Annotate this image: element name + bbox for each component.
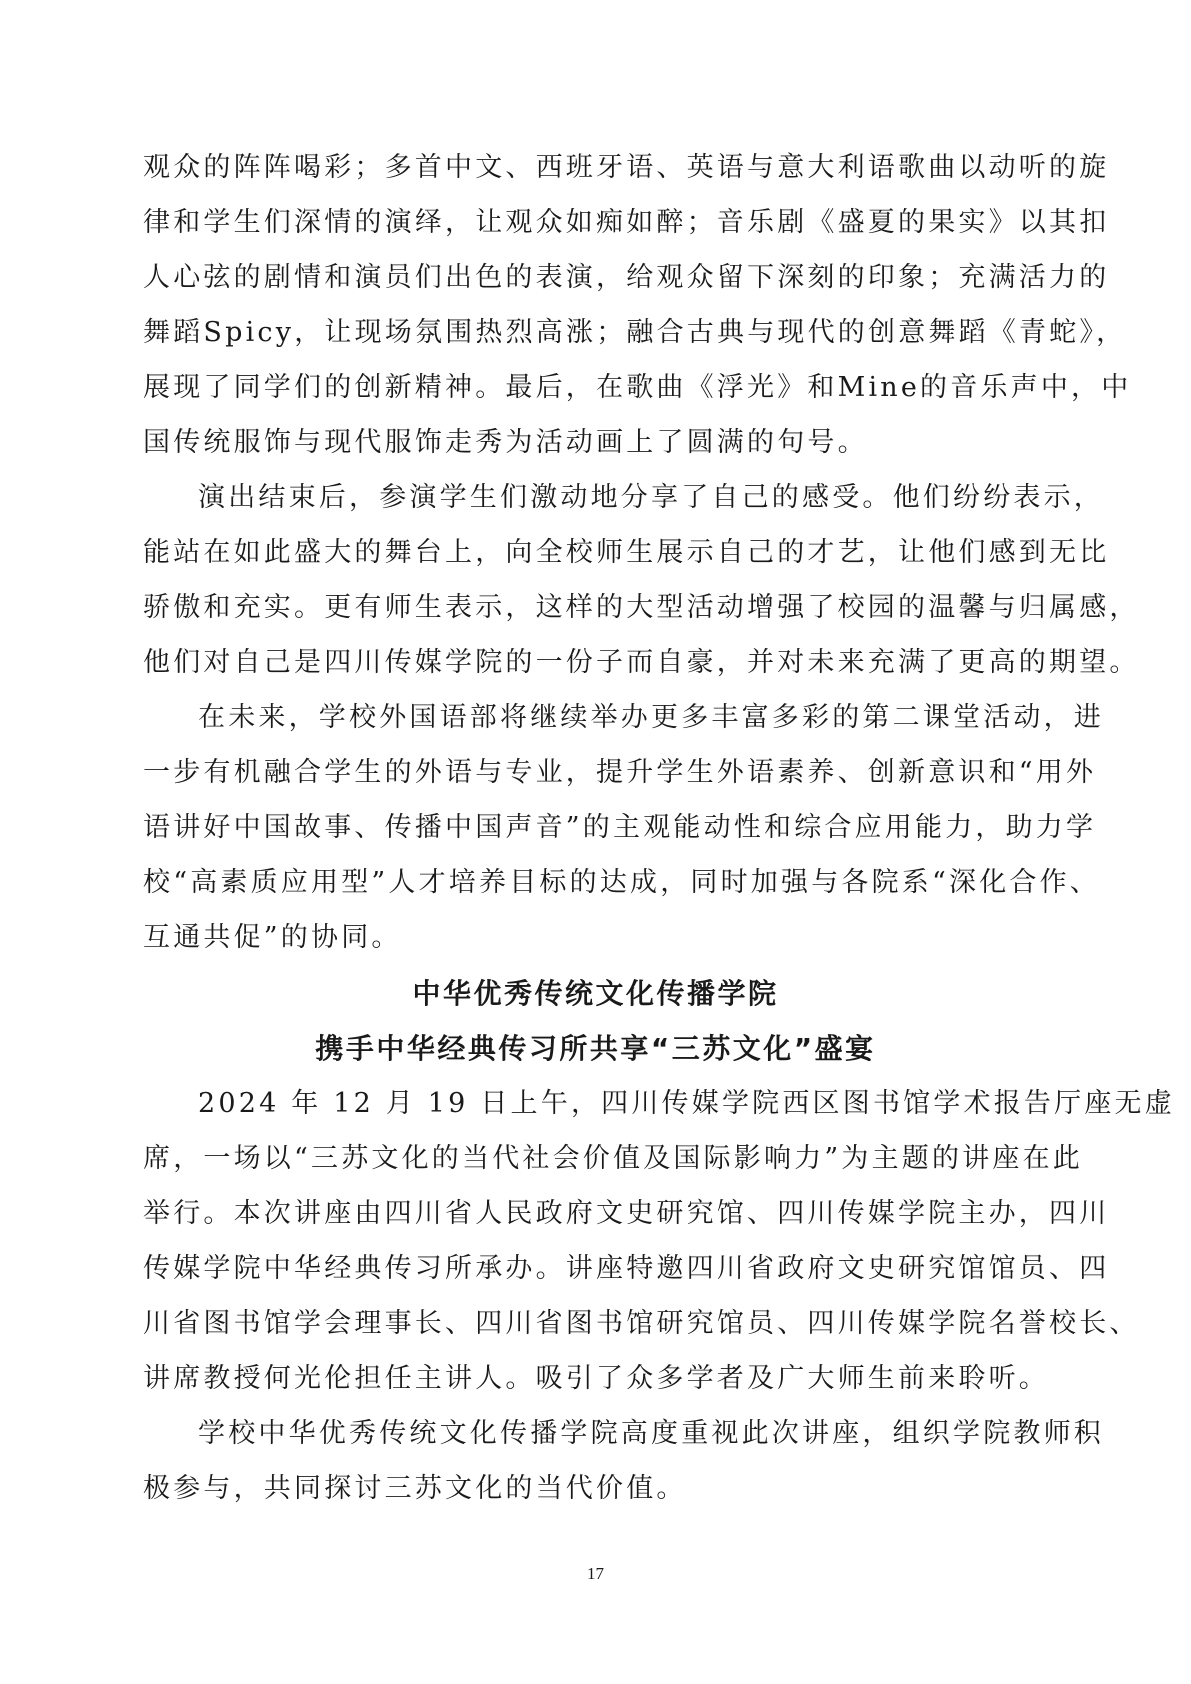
text-line: 一步有机融合学生的外语与专业，提升学生外语素养、创新意识和“用外 (143, 755, 1048, 791)
page-number: 17 (0, 1564, 1191, 1584)
text-line: 传媒学院中华经典传习所承办。讲座特邀四川省政府文史研究馆馆员、四 (143, 1251, 1048, 1287)
text-line: 川省图书馆学会理事长、四川省图书馆研究馆员、四川传媒学院名誉校长、 (143, 1306, 1048, 1342)
text-line: 校“高素质应用型”人才培养目标的达成，同时加强与各院系“深化合作、 (143, 865, 1048, 901)
text-line: 演出结束后，参演学生们激动地分享了自己的感受。他们纷纷表示， (198, 480, 1048, 516)
text-line: 学校中华优秀传统文化传播学院高度重视此次讲座，组织学院教师积 (198, 1416, 1048, 1452)
text-line: 讲席教授何光伦担任主讲人。吸引了众多学者及广大师生前来聆听。 (143, 1361, 1048, 1397)
text-line: 在未来，学校外国语部将继续举办更多丰富多彩的第二课堂活动，进 (198, 700, 1048, 736)
text-line: 骄傲和充实。更有师生表示，这样的大型活动增强了校园的温馨与归属感， (143, 590, 1048, 626)
text-line: 极参与，共同探讨三苏文化的当代价值。 (143, 1471, 1048, 1507)
article-heading-line-2: 携手中华经典传习所共享“三苏文化”盛宴 (0, 1031, 1191, 1067)
text-line: 能站在如此盛大的舞台上，向全校师生展示自己的才艺，让他们感到无比 (143, 535, 1048, 571)
text-line: 2024 年 12 月 19 日上午，四川传媒学院西区图书馆学术报告厅座无虚 (198, 1086, 1048, 1122)
article-heading-line-1: 中华优秀传统文化传播学院 (0, 976, 1191, 1012)
text-line: 律和学生们深情的演绎，让观众如痴如醉；音乐剧《盛夏的果实》以其扣 (143, 205, 1048, 241)
text-line: 人心弦的剧情和演员们出色的表演，给观众留下深刻的印象；充满活力的 (143, 260, 1048, 296)
document-page: 观众的阵阵喝彩；多首中文、西班牙语、英语与意大利语歌曲以动听的旋 律和学生们深情… (0, 0, 1191, 1684)
text-line: 展现了同学们的创新精神。最后，在歌曲《浮光》和Mine的音乐声中，中 (143, 370, 1048, 406)
text-line: 席，一场以“三苏文化的当代社会价值及国际影响力”为主题的讲座在此 (143, 1141, 1048, 1177)
text-line: 舞蹈Spicy，让现场氛围热烈高涨；融合古典与现代的创意舞蹈《青蛇》， (143, 315, 1048, 351)
text-line: 观众的阵阵喝彩；多首中文、西班牙语、英语与意大利语歌曲以动听的旋 (143, 150, 1048, 186)
text-line: 国传统服饰与现代服饰走秀为活动画上了圆满的句号。 (143, 425, 1048, 461)
text-line: 语讲好中国故事、传播中国声音”的主观能动性和综合应用能力，助力学 (143, 810, 1048, 846)
text-line: 互通共促”的协同。 (143, 920, 1048, 956)
text-line: 他们对自己是四川传媒学院的一份子而自豪，并对未来充满了更高的期望。 (143, 645, 1048, 681)
text-line: 举行。本次讲座由四川省人民政府文史研究馆、四川传媒学院主办，四川 (143, 1196, 1048, 1232)
